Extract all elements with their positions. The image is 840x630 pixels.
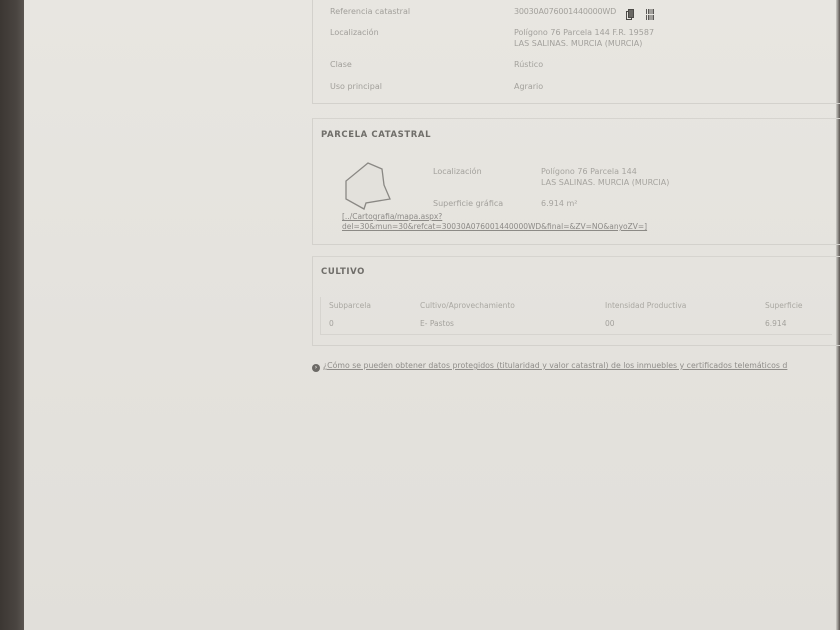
ref-catastral-value: 30030A076001440000WD xyxy=(514,6,616,17)
map-link-line1[interactable]: [../Cartografia/mapa.aspx? xyxy=(342,212,442,222)
uso-principal-label: Uso principal xyxy=(330,81,382,92)
col-header-superficie: Superficie xyxy=(765,301,803,311)
localizacion-value-line2: LAS SALINAS. MURCIA (MURCIA) xyxy=(514,38,642,49)
clase-label: Clase xyxy=(330,59,352,70)
map-link-line2[interactable]: del=30&mun=30&refcat=30030A076001440000W… xyxy=(342,222,647,232)
superficie-grafica-value: 6.914 m² xyxy=(541,198,577,209)
parcela-catastral-title: PARCELA CATASTRAL xyxy=(321,130,431,140)
parcela-localizacion-label: Localización xyxy=(433,166,482,177)
uso-principal-value: Agrario xyxy=(514,81,543,92)
cell-superficie: 6.914 xyxy=(765,319,786,329)
cell-subparcela: 0 xyxy=(329,319,334,329)
parcela-localizacion-line1: Polígono 76 Parcela 144 xyxy=(541,166,637,177)
cell-cultivo: E- Pastos xyxy=(420,319,454,329)
parcel-map-thumbnail[interactable] xyxy=(340,155,400,215)
copy-icon[interactable] xyxy=(626,5,634,16)
localizacion-value-line1: Polígono 76 Parcela 144 F.R. 19587 xyxy=(514,27,654,38)
localizacion-label: Localización xyxy=(330,27,379,38)
cultivo-table xyxy=(320,297,832,335)
ref-catastral-label: Referencia catastral xyxy=(330,6,410,17)
help-line: ›¿Cómo se pueden obtener datos protegido… xyxy=(312,360,812,372)
parcela-localizacion-line2: LAS SALINAS. MURCIA (MURCIA) xyxy=(541,177,669,188)
col-header-subparcela: Subparcela xyxy=(329,301,371,311)
col-header-cultivo: Cultivo/Aprovechamiento xyxy=(420,301,515,311)
monitor-bezel-left xyxy=(0,0,24,630)
info-circle-icon: › xyxy=(312,364,320,372)
barcode-icon[interactable] xyxy=(646,5,654,16)
col-header-intensidad: Intensidad Productiva xyxy=(605,301,686,311)
clase-value: Rústico xyxy=(514,59,543,70)
superficie-grafica-label: Superficie gráfica xyxy=(433,198,503,209)
protected-data-help-link[interactable]: ¿Cómo se pueden obtener datos protegidos… xyxy=(323,361,787,370)
cell-intensidad: 00 xyxy=(605,319,615,329)
cultivo-title: CULTIVO xyxy=(321,267,365,277)
